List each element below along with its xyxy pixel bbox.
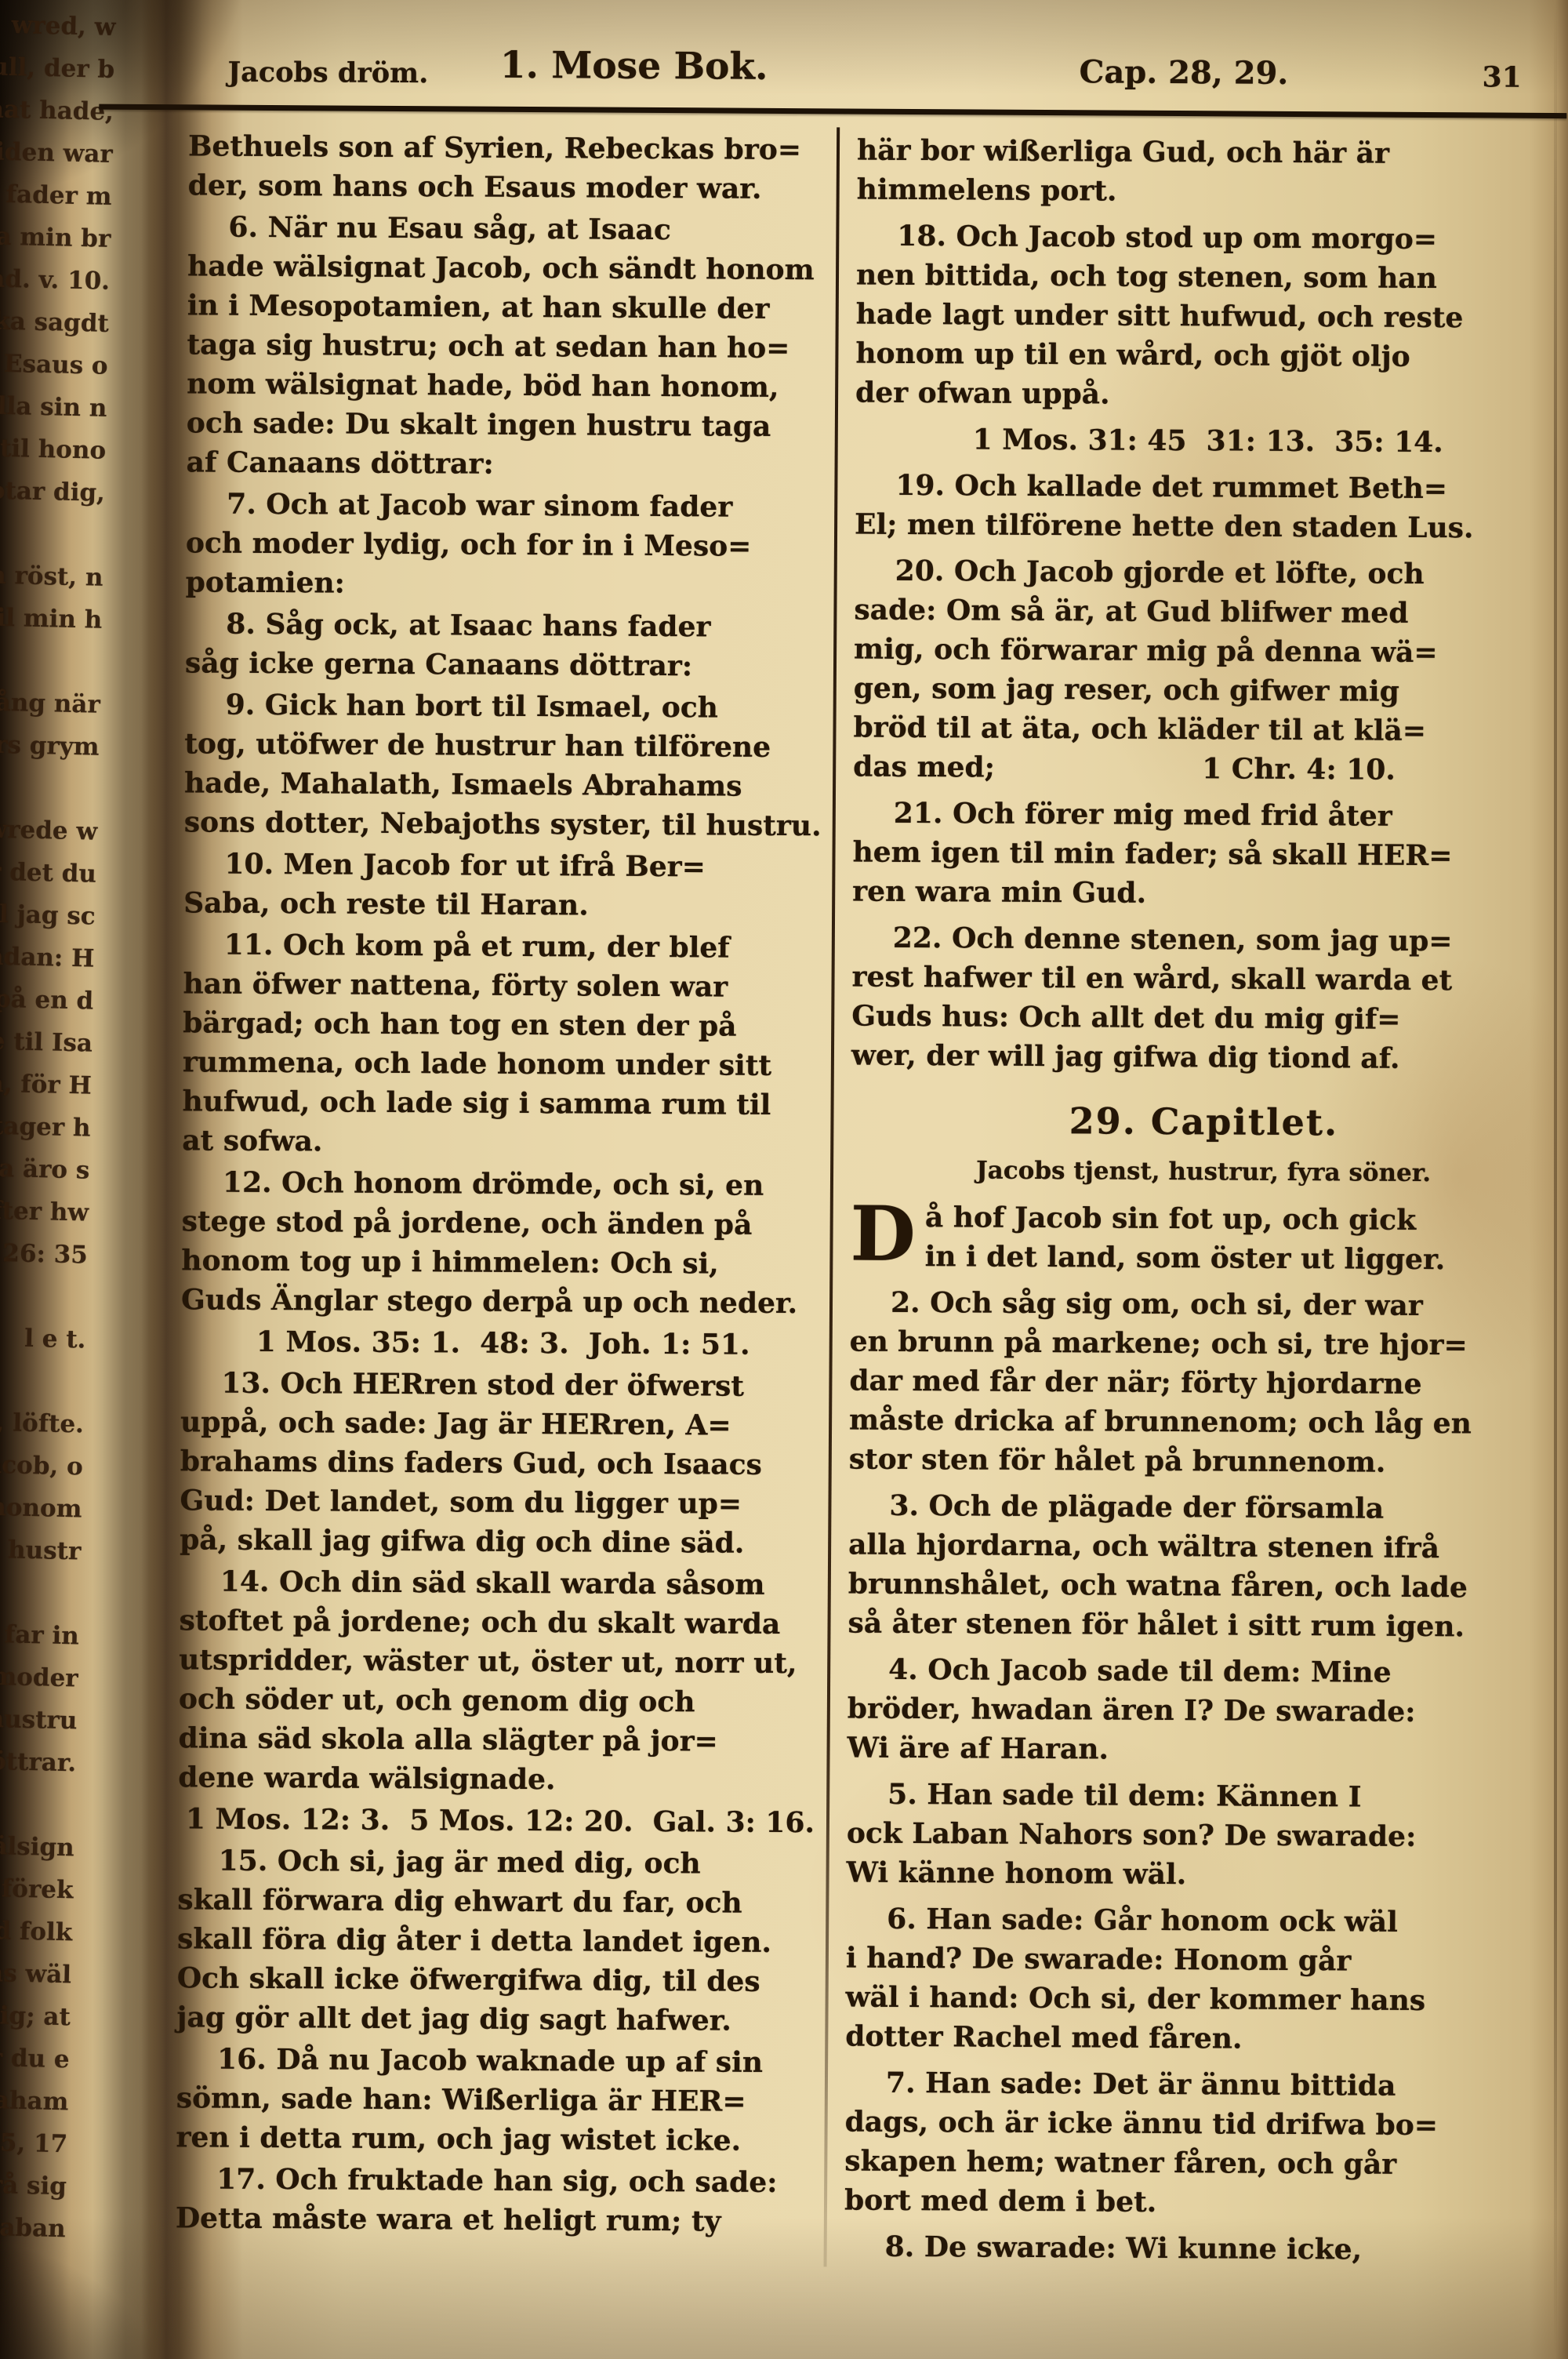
verse-paragraph: 2. Och såg sig om, och si, der war en br… [849,1283,1556,1483]
verse-paragraph: 8. De swarade: Wi kunne icke, [844,2226,1550,2270]
verse-paragraph: 17. Och fruktade han sig, och sade: Dett… [176,2159,821,2241]
book-title: 1. Mose Bok. [446,43,822,89]
page-number: 31 [1482,60,1521,93]
chapter-range-label: Cap. 28, 29. [1079,53,1288,92]
verse-paragraph: 12. Och honom drömde, och si, en stege s… [181,1162,826,1323]
verse-paragraph: 8. Såg ock, at Isaac hans fader såg icke… [185,604,830,686]
continuation-paragraph: här bor wißerliga Gud, och här är himmel… [857,131,1563,213]
chapter-subtitle: Jacobs tjenst, hustrur, fyra söner. [851,1152,1556,1192]
verse-paragraph: 16. Då nu Jacob waknade up af sin sömn, … [176,2039,821,2161]
verse-paragraph: 9. Gick han bort til Ismael, och tog, ut… [184,685,829,845]
verse-paragraph: 15. Och si, jag är med dig, och skall fö… [176,1841,822,2041]
verse-paragraph: 6. När nu Esau såg, at Isaac hade wälsig… [186,207,832,485]
running-header-left: Jacobs dröm. [227,56,428,90]
verse-paragraph: 3. Och de plägade der församla alla hjor… [848,1486,1554,1647]
verse-paragraph: 10. Men Jacob for ut ifrå Ber= Saba, och… [183,844,829,926]
verse-paragraph: 14. Och din säd skall warda såsom stofte… [178,1561,824,1801]
right-column: här bor wißerliga Gud, och här är himmel… [844,131,1563,2277]
verse-paragraph: 5. Han sade til dem: Kännen I ock Laban … [846,1775,1552,1896]
verse-paragraph: 22. Och denne stenen, som jag up= rest h… [851,918,1558,1079]
page-content: Jacobs dröm. 1. Mose Bok. Cap. 28, 29. 3… [0,0,1568,2359]
verse-paragraph: 7. Han sade: Det är ännu bittida dags, o… [844,2063,1551,2223]
chapter-heading: 29. Capitlet. [851,1096,1556,1148]
verse-paragraph: 19. Och kallade det rummet Beth= El; men… [855,466,1561,548]
cross-reference: 1 Mos. 35: 1. 48: 3. Joh. 1: 51. [181,1321,826,1365]
verse-paragraph: 7. Och at Jacob war sinom fader och mode… [185,484,830,605]
dropcap-verse-text: å hof Jacob sin fot up, och gick in i de… [925,1201,1446,1276]
header-rule [99,104,1566,118]
continuation-paragraph: Bethuels son af Syrien, Rebeckas bro= de… [188,126,833,209]
verse-paragraph-dropcap: Då hof Jacob sin fot up, och gick in i d… [850,1198,1556,1280]
cross-reference: 1 Mos. 12: 3. 5 Mos. 12: 20. Gal. 3: 16. [178,1799,822,1842]
verse-paragraph: 11. Och kom på et rum, der blef han öfwe… [182,925,828,1164]
verse-paragraph: 18. Och Jacob stod up om morgo= nen bitt… [855,216,1563,416]
verse-paragraph: 6. Han sade: Går honom ock wäl i hand? D… [845,1899,1552,2060]
verse-paragraph: 4. Och Jacob sade til dem: Mine bröder, … [847,1650,1553,1772]
verse-paragraph: 13. Och HERren stod der öfwerst uppå, oc… [180,1363,826,1563]
left-column: Bethuels son af Syrien, Rebeckas bro= de… [176,126,833,2244]
cross-reference: 1 Mos. 31: 45 31: 13. 35: 14. [855,420,1561,463]
drop-cap-initial: D [850,1202,916,1267]
verse-paragraph: 21. Och förer mig med frid åter hem igen… [852,794,1559,915]
